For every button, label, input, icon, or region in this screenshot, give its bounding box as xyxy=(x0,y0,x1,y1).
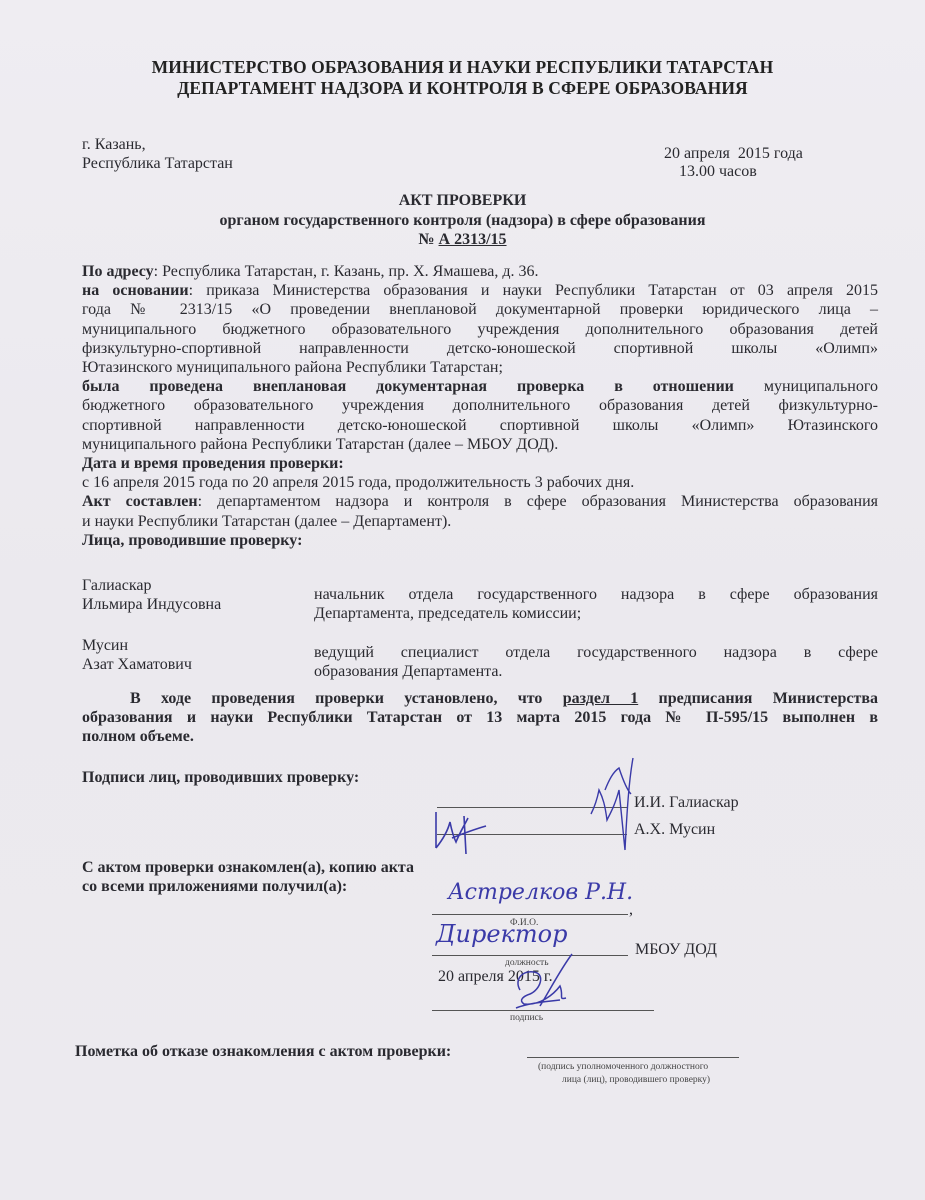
dates-value: с 16 апреля 2015 года по 20 апреля 2015 … xyxy=(82,473,878,492)
compiled-label: Акт составлен xyxy=(82,493,198,510)
address-line: По адресу: Республика Татарстан, г. Каза… xyxy=(82,262,878,281)
inspection-line-1: была проведена внеплановая документарная… xyxy=(82,377,878,396)
ministry-header: МИНИСТЕРСТВО ОБРАЗОВАНИЯ И НАУКИ РЕСПУБЛ… xyxy=(0,57,925,78)
act-date: 20 апреля 2015 года xyxy=(664,144,803,163)
inspector-2-role: ведущий специалист отдела государственно… xyxy=(314,643,878,681)
address-value: : Республика Татарстан, г. Казань, пр. Х… xyxy=(154,263,539,280)
section-reference: раздел 1 xyxy=(563,690,639,707)
finding-line-3: полном объеме. xyxy=(82,727,878,746)
fio-comma: , xyxy=(629,900,633,919)
handwritten-signature-galiaskar xyxy=(585,750,645,860)
fio-line xyxy=(432,914,628,915)
handwritten-signature-musin xyxy=(430,808,490,858)
department-header: ДЕПАРТАМЕНТ НАДЗОРА И КОНТРОЛЯ В СФЕРЕ О… xyxy=(0,78,925,99)
refusal-caption-2: лица (лиц), проводившего проверку) xyxy=(562,1075,710,1085)
act-body: По адресу: Республика Татарстан, г. Каза… xyxy=(82,262,878,550)
inspection-label: была проведена внеплановая документарная… xyxy=(82,378,734,395)
compiled-line-2: и науки Республики Татарстан (далее – Де… xyxy=(82,512,878,531)
position-handwritten: Директор xyxy=(436,920,567,948)
act-subtitle: органом государственного контроля (надзо… xyxy=(0,212,925,230)
fio-handwritten: Астрелков Р.Н. xyxy=(448,880,633,905)
act-title: АКТ ПРОВЕРКИ xyxy=(0,192,925,210)
act-number: № А 2313/15 xyxy=(0,231,925,249)
scanned-document-page: МИНИСТЕРСТВО ОБРАЗОВАНИЯ И НАУКИ РЕСПУБЛ… xyxy=(0,0,925,1200)
finding-paragraph: В ходе проведения проверки установлено, … xyxy=(82,689,878,747)
inspector-2-surname: Мусин xyxy=(82,636,128,655)
basis-line-5: Ютазинского муниципального района Респуб… xyxy=(82,358,878,377)
inspector-1-role: начальник отдела государственного надзор… xyxy=(314,585,878,623)
signer-2-name: А.Х. Мусин xyxy=(634,820,715,839)
inspector-1-surname: Галиаскар xyxy=(82,576,151,595)
inspection-line-4: муниципального района Республики Татарст… xyxy=(82,435,878,454)
basis-label: на основании xyxy=(82,282,189,299)
act-number-value: А 2313/15 xyxy=(439,231,507,248)
acknowledgement-label-1: С актом проверки ознакомлен(а), копию ак… xyxy=(82,858,414,877)
refusal-caption-1: (подпись уполномоченного должностного xyxy=(538,1062,708,1072)
refusal-line xyxy=(527,1057,739,1058)
signature-caption: подпись xyxy=(510,1013,543,1023)
region: Республика Татарстан xyxy=(82,154,233,173)
address-label: По адресу xyxy=(82,263,154,280)
signatures-label: Подписи лиц, проводивших проверку: xyxy=(82,768,359,787)
basis-line-1: на основании: приказа Министерства образ… xyxy=(82,281,878,300)
signer-1-name: И.И. Галиаскар xyxy=(634,793,739,812)
signature-line-director xyxy=(432,1010,654,1011)
basis-line-2: года № 2313/15 «О проведении внеплановой… xyxy=(82,300,878,319)
dates-label: Дата и время проведения проверки: xyxy=(82,454,878,473)
finding-line-2: образования и науки Республики Татарстан… xyxy=(82,708,878,727)
city: г. Казань, xyxy=(82,135,146,154)
inspection-line-3: спортивной направленности детско-юношеск… xyxy=(82,416,878,435)
basis-line-4: физкультурно-спортивной направленности д… xyxy=(82,339,878,358)
compiled-line-1: Акт составлен: департаментом надзора и к… xyxy=(82,492,878,511)
inspection-line-2: бюджетного образовательного учреждения д… xyxy=(82,396,878,415)
finding-line-1: В ходе проведения проверки установлено, … xyxy=(82,689,878,708)
act-time: 13.00 часов xyxy=(679,162,757,181)
inspector-1-name: Ильмира Индусовна xyxy=(82,595,221,614)
persons-label: Лица, проводившие проверку: xyxy=(82,531,878,550)
acknowledgement-label-2: со всеми приложениями получил(а): xyxy=(82,877,347,896)
organization: МБОУ ДОД xyxy=(635,940,717,959)
inspector-2-name: Азат Хаматович xyxy=(82,655,192,674)
act-number-prefix: № xyxy=(418,231,438,248)
basis-line-3: муниципального бюджетного образовательно… xyxy=(82,320,878,339)
refusal-label: Пометка об отказе ознакомления с актом п… xyxy=(75,1042,451,1061)
